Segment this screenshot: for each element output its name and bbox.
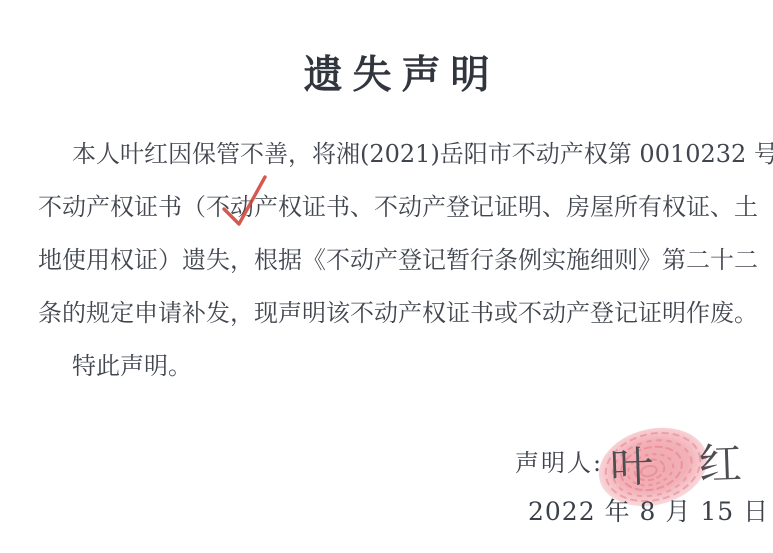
signature-label: 声明人: [515, 443, 603, 478]
body-line-4: 条的规定申请补发，现声明该不动产权证书或不动产登记证明作废。 [38, 287, 750, 340]
document-title: 遗失声明 [0, 44, 773, 100]
body-line-5: 特此声明。 [38, 340, 750, 393]
body-line-3: 地使用权证）遗失，根据《不动产登记暂行条例实施细则》第二十二 [38, 234, 750, 287]
handwritten-signature-name: 叶 红 [609, 429, 759, 495]
loss-declaration-document: 遗失声明 本人叶红因保管不善，将湘(2021)岳阳市不动产权第 0010232 … [0, 0, 773, 553]
date-line: 2022 年 8 月 15 日 [528, 492, 769, 528]
body-line-1: 本人叶红因保管不善，将湘(2021)岳阳市不动产权第 0010232 号 [38, 128, 750, 181]
body-line-2: 不动产权证书（不动产权证书、不动产登记证明、房屋所有权证、土 [38, 181, 750, 234]
document-body: 本人叶红因保管不善，将湘(2021)岳阳市不动产权第 0010232 号 不动产… [38, 128, 750, 393]
